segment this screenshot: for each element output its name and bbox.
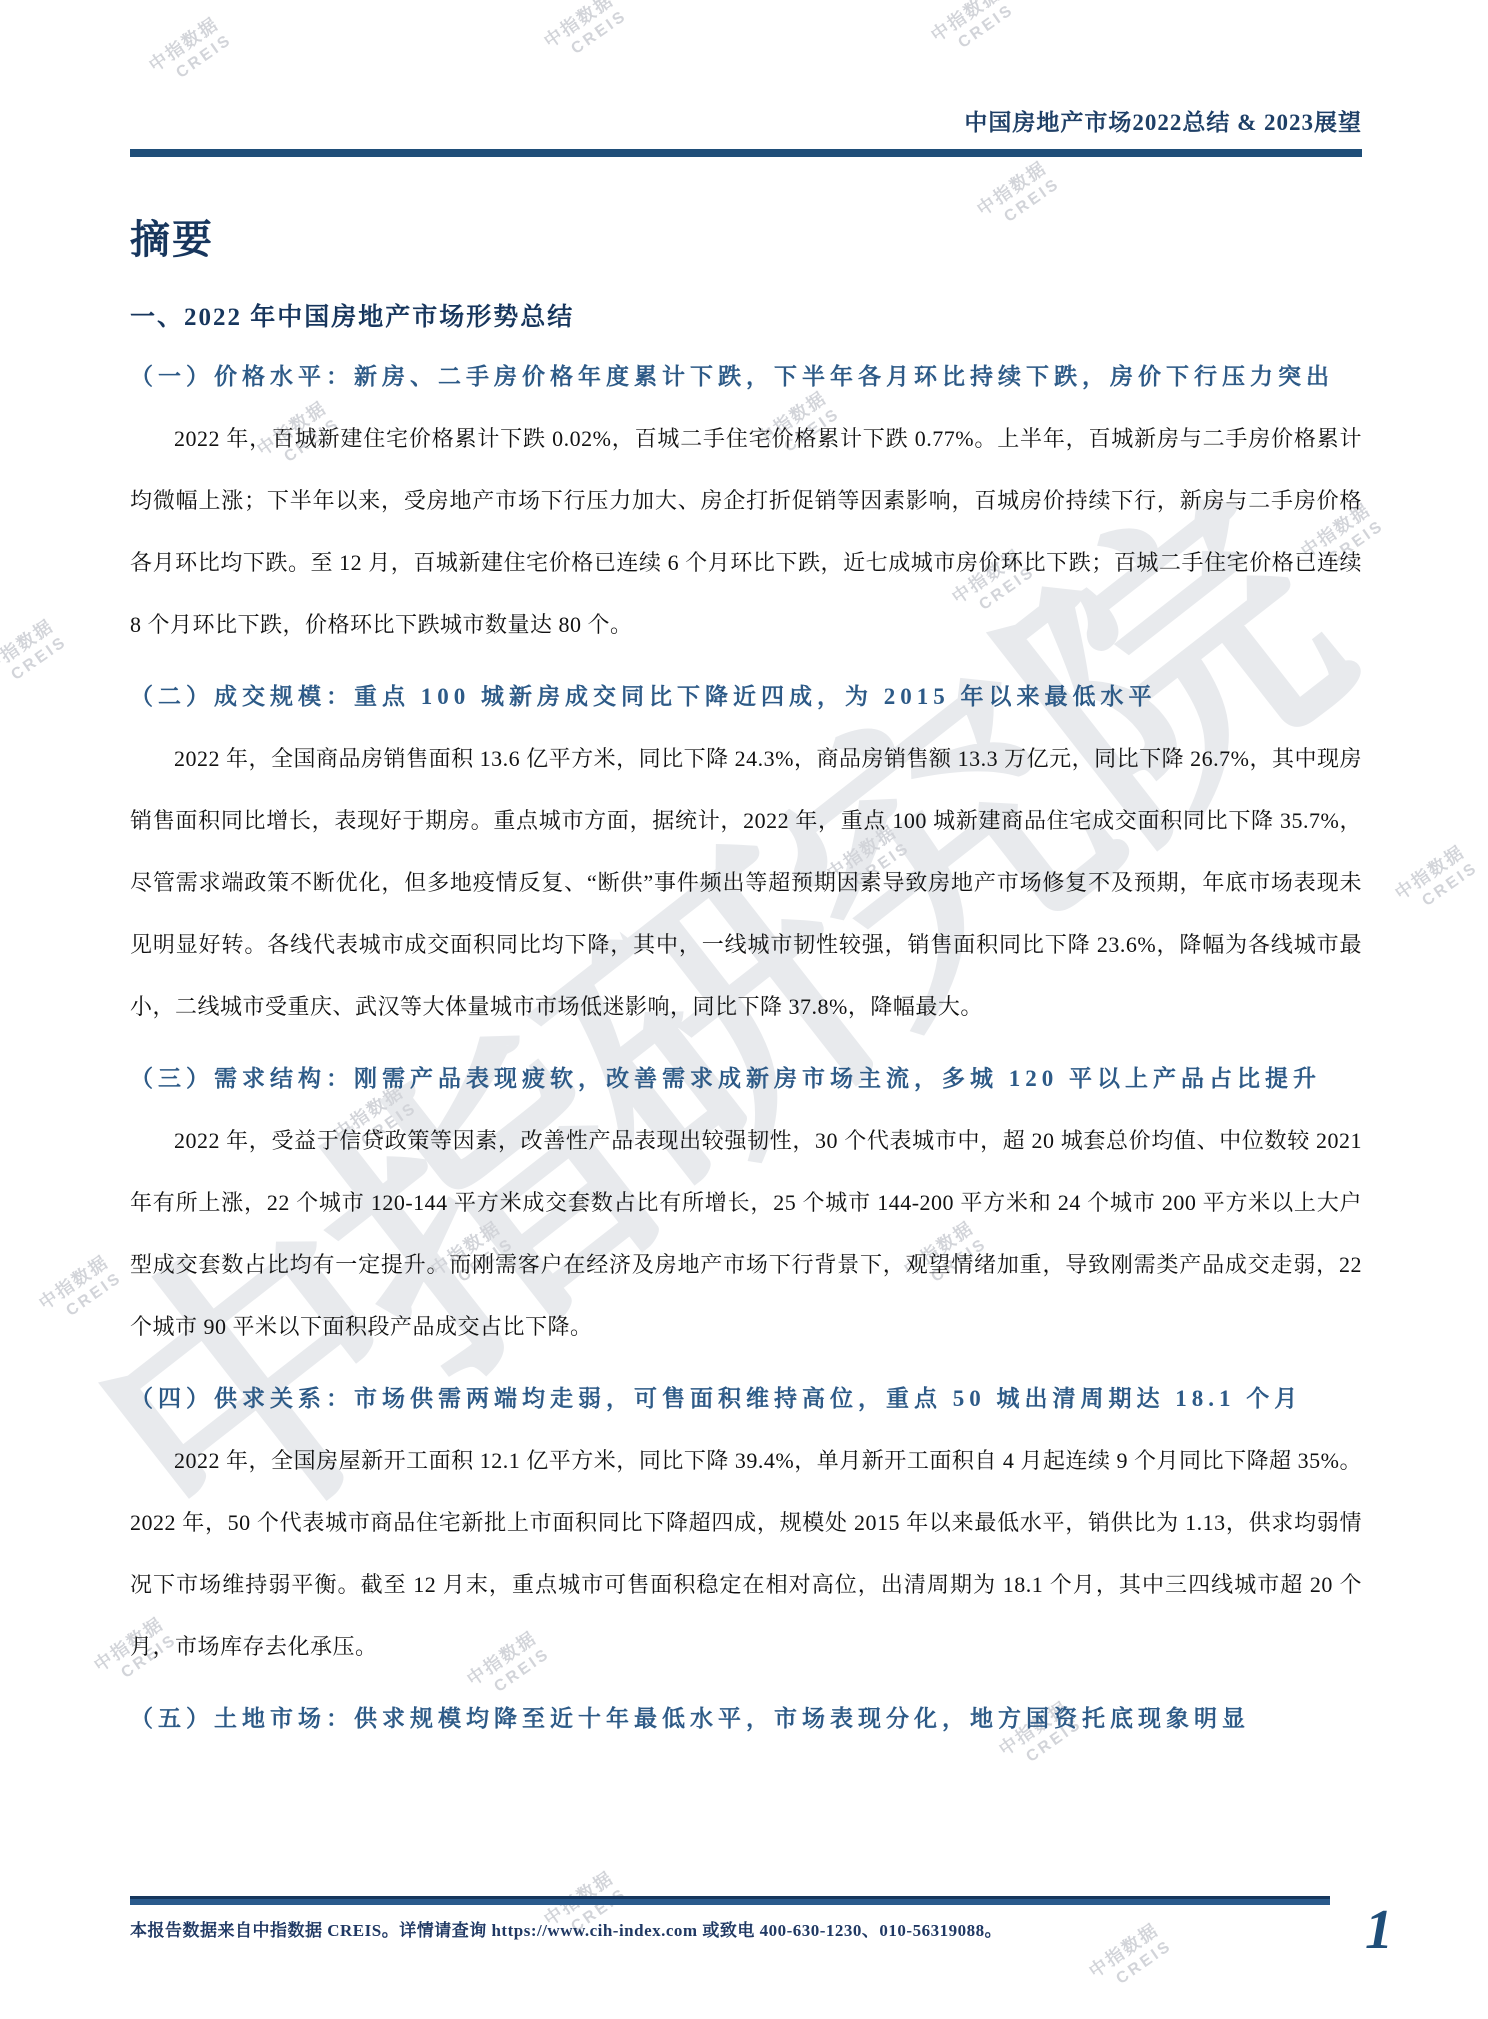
watermark-small: 中指数据CREIS: [145, 12, 236, 93]
body-paragraph-4: 2022 年，全国房屋新开工面积 12.1 亿平方米，同比下降 39.4%，单月…: [130, 1430, 1362, 1678]
subsection-heading-3: （三）需求结构：刚需产品表现疲软，改善需求成新房市场主流，多城 120 平以上产…: [130, 1056, 1362, 1102]
watermark-small: 中指数据CREIS: [927, 0, 1018, 64]
body-paragraph-2: 2022 年，全国商品房销售面积 13.6 亿平方米，同比下降 24.3%，商品…: [130, 728, 1362, 1038]
page-number: 1: [1365, 1898, 1393, 1962]
footer-url-link[interactable]: https://www.cih-index.com: [491, 1921, 697, 1940]
watermark-small: 中指数据CREIS: [1391, 840, 1482, 921]
header-title: 中国房地产市场2022总结 & 2023展望: [964, 104, 1362, 137]
footer-text-suffix: 或致电 400-630-1230、010-56319088。: [698, 1921, 1002, 1940]
footer-note: 本报告数据来自中指数据 CREIS。详情请查询 https://www.cih-…: [130, 1916, 1230, 1941]
watermark-small: 中指数据CREIS: [540, 0, 631, 70]
footer-rule: [130, 1896, 1330, 1905]
header-rule: [130, 149, 1362, 157]
subsection-heading-5: （五）土地市场：供求规模均降至近十年最低水平，市场表现分化，地方国资托底现象明显: [130, 1696, 1362, 1742]
watermark-small: 中指数据CREIS: [0, 614, 72, 695]
report-page: 中指研究院 中指数据CREIS中指数据CREIS中指数据CREIS中指数据CRE…: [0, 0, 1488, 2019]
subsection-list: （一）价格水平：新房、二手房价格年度累计下跌，下半年各月环比持续下跌，房价下行压…: [130, 354, 1362, 1742]
subsection-heading-1: （一）价格水平：新房、二手房价格年度累计下跌，下半年各月环比持续下跌，房价下行压…: [130, 354, 1362, 400]
subsection-heading-4: （四）供求关系：市场供需两端均走弱，可售面积维持高位，重点 50 城出清周期达 …: [130, 1376, 1362, 1422]
footer-text-prefix: 本报告数据来自中指数据 CREIS。详情请查询: [130, 1921, 491, 1940]
body-paragraph-1: 2022 年，百城新建住宅价格累计下跌 0.02%，百城二手住宅价格累计下跌 0…: [130, 408, 1362, 656]
watermark-small: 中指数据CREIS: [35, 1250, 126, 1331]
section-title: 一、2022 年中国房地产市场形势总结: [130, 300, 1362, 336]
body-column: 摘要 一、2022 年中国房地产市场形势总结 （一）价格水平：新房、二手房价格年…: [130, 158, 1362, 1750]
body-paragraph-3: 2022 年，受益于信贷政策等因素，改善性产品表现出较强韧性，30 个代表城市中…: [130, 1110, 1362, 1358]
doc-title: 摘要: [130, 212, 1362, 268]
subsection-heading-2: （二）成交规模：重点 100 城新房成交同比下降近四成，为 2015 年以来最低…: [130, 674, 1362, 720]
